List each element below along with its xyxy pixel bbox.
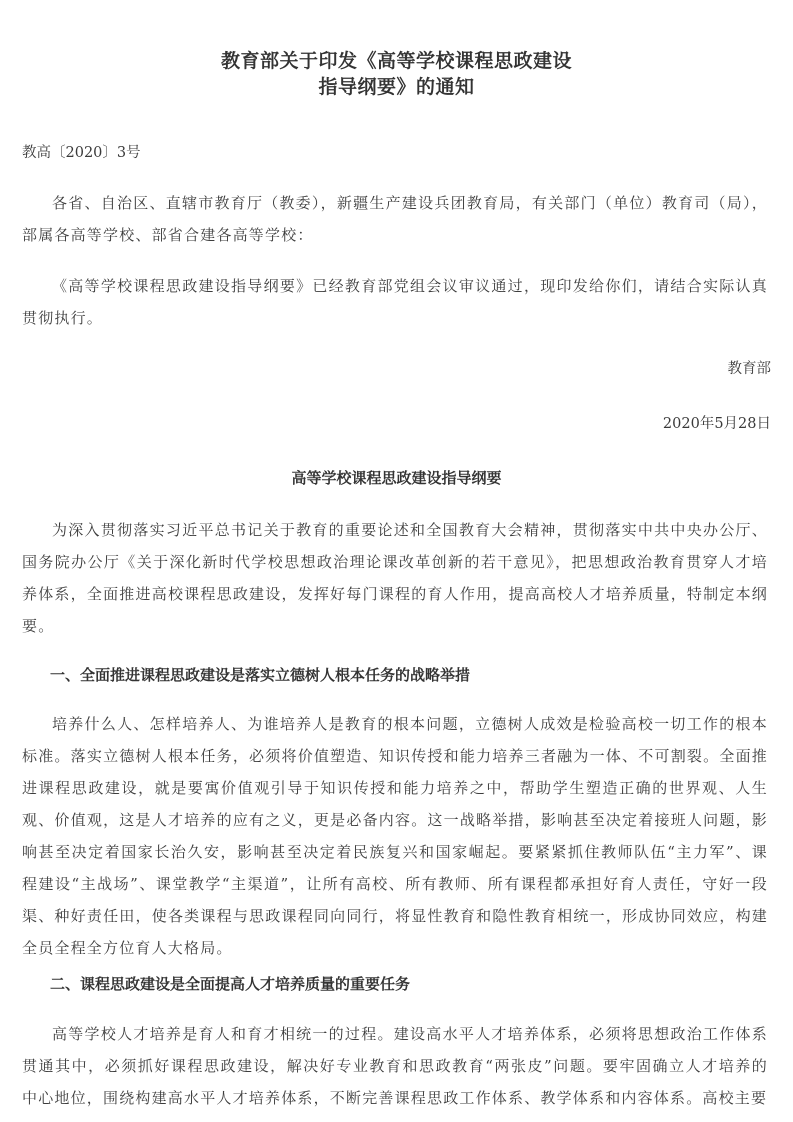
section-1-heading: 一、全面推进课程思政建设是落实立德树人根本任务的战略举措	[50, 664, 470, 686]
document-page: 教育部关于印发《高等学校课程思政建设 指导纲要》的通知 教高〔2020〕3号 各…	[0, 0, 793, 1122]
section-2-heading: 二、课程思政建设是全面提高人才培养质量的重要任务	[50, 973, 410, 995]
section-2-body: 高等学校人才培养是育人和育才相统一的过程。建设高水平人才培养体系，必须将思想政治…	[22, 1018, 768, 1114]
issuer-signature: 教育部	[728, 358, 772, 380]
guideline-title: 高等学校课程思政建设指导纲要	[0, 467, 793, 489]
section-1-body: 培养什么人、怎样培养人、为谁培养人是教育的根本问题，立德树人成效是检验高校一切工…	[22, 708, 768, 964]
issue-date: 2020年5月28日	[663, 413, 771, 435]
notice-title-line-1: 教育部关于印发《高等学校课程思政建设	[0, 48, 793, 74]
document-number: 教高〔2020〕3号	[22, 142, 141, 164]
guideline-intro-paragraph: 为深入贯彻落实习近平总书记关于教育的重要论述和全国教育大会精神，贯彻落实中共中央…	[22, 514, 768, 642]
recipients-paragraph: 各省、自治区、直辖市教育厅（教委），新疆生产建设兵团教育局，有关部门（单位）教育…	[22, 187, 768, 251]
notice-body-paragraph: 《高等学校课程思政建设指导纲要》已经教育部党组会议审议通过，现印发给你们，请结合…	[22, 270, 768, 334]
notice-title-line-2: 指导纲要》的通知	[0, 74, 793, 100]
